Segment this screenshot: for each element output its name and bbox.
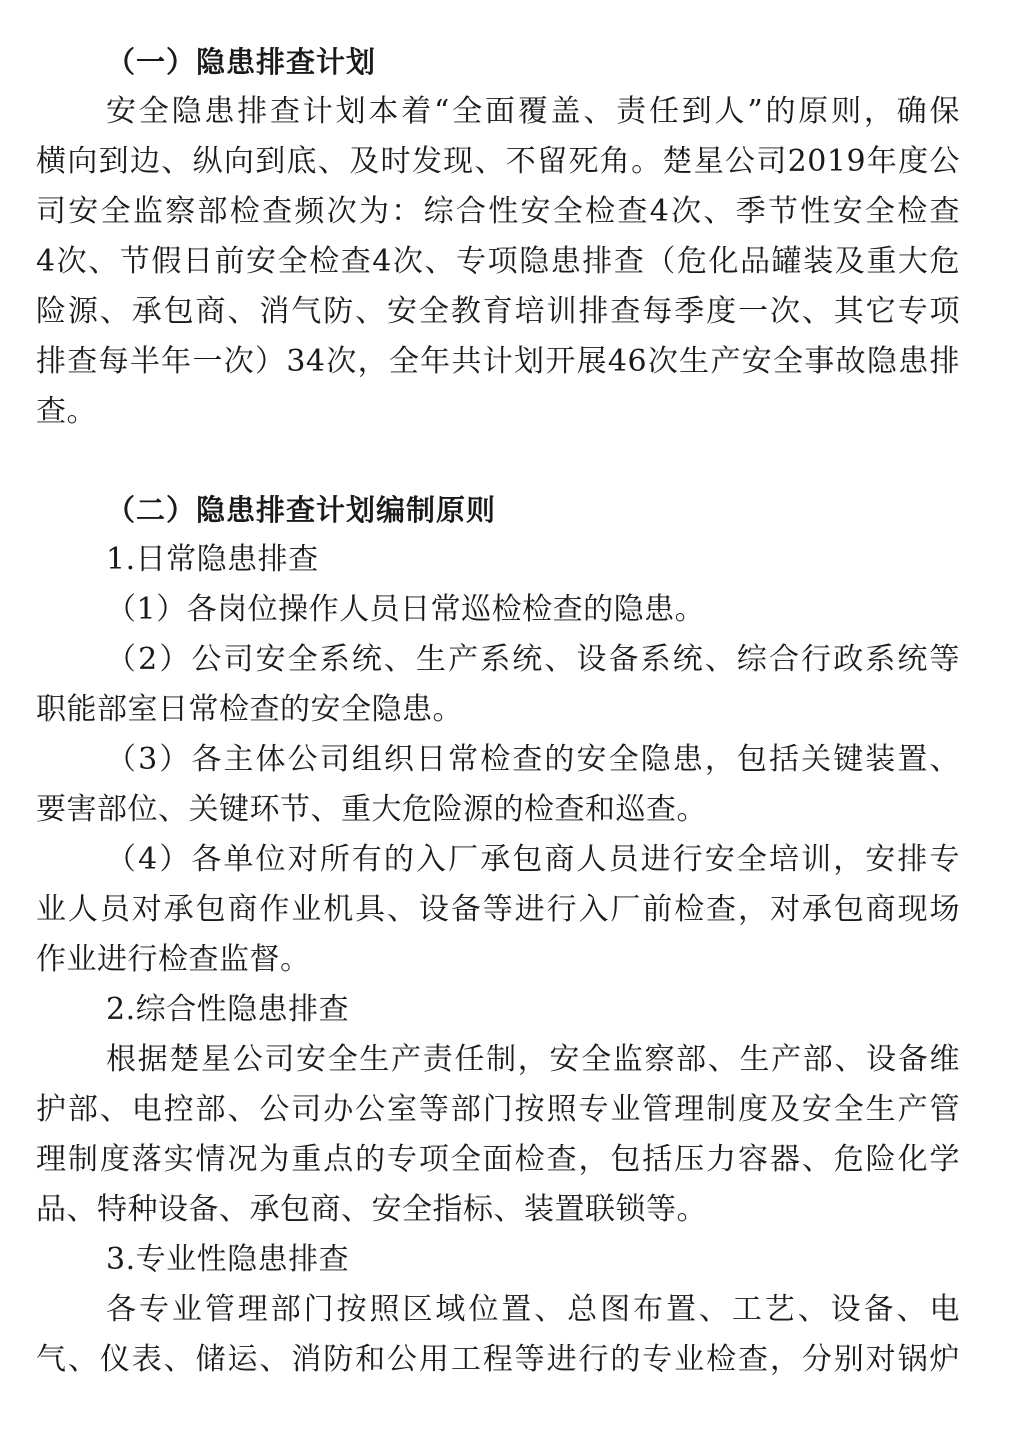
list-item-4: （4）各单位对所有的入厂承包商人员进行安全培训，安排专 bbox=[106, 840, 960, 880]
paragraph-line: 安全隐患排查计划本着“全面覆盖、责任到人”的原则，确保 bbox=[106, 92, 960, 132]
subsection-title-3: 3.专业性隐患排查 bbox=[106, 1240, 349, 1280]
paragraph-line: 各专业管理部门按照区域位置、总图布置、工艺、设备、电 bbox=[106, 1290, 960, 1330]
subsection-title-1: 1.日常隐患排查 bbox=[106, 540, 319, 580]
list-item-3: （3）各主体公司组织日常检查的安全隐患，包括关键装置、 bbox=[106, 740, 960, 780]
paragraph-line: 险源、承包商、消气防、安全教育培训排查每季度一次、其它专项 bbox=[36, 292, 960, 332]
paragraph-line: 气、仪表、储运、消防和公用工程等进行的专业检查，分别对锅炉 bbox=[36, 1340, 960, 1380]
paragraph-line: 品、特种设备、承包商、安全指标、装置联锁等。 bbox=[36, 1190, 707, 1230]
list-item-3-cont: 要害部位、关键环节、重大危险源的检查和巡查。 bbox=[36, 790, 707, 830]
section-heading-2: （二）隐患排查计划编制原则 bbox=[106, 490, 496, 530]
list-item-2-cont: 职能部室日常检查的安全隐患。 bbox=[36, 690, 463, 730]
paragraph-line: 查。 bbox=[36, 392, 97, 432]
subsection-title-2: 2.综合性隐患排查 bbox=[106, 990, 349, 1030]
paragraph-line: 司安全监察部检查频次为：综合性安全检查4次、季节性安全检查 bbox=[36, 192, 960, 232]
paragraph-line: 理制度落实情况为重点的专项全面检查，包括压力容器、危险化学 bbox=[36, 1140, 960, 1180]
list-item-4-cont: 作业进行检查监督。 bbox=[36, 940, 311, 980]
list-item-1: （1）各岗位操作人员日常巡检检查的隐患。 bbox=[106, 590, 705, 630]
paragraph-line: 护部、电控部、公司办公室等部门按照专业管理制度及安全生产管 bbox=[36, 1090, 960, 1130]
section-heading-1: （一）隐患排查计划 bbox=[106, 42, 376, 82]
paragraph-line: 根据楚星公司安全生产责任制，安全监察部、生产部、设备维 bbox=[106, 1040, 960, 1080]
list-item-2: （2）公司安全系统、生产系统、设备系统、综合行政系统等 bbox=[106, 640, 960, 680]
paragraph-line: 4次、节假日前安全检查4次、专项隐患排查（危化品罐装及重大危 bbox=[36, 242, 960, 282]
list-item-4-cont: 业人员对承包商作业机具、设备等进行入厂前检查，对承包商现场 bbox=[36, 890, 960, 930]
paragraph-line: 横向到边、纵向到底、及时发现、不留死角。楚星公司2019年度公 bbox=[36, 142, 960, 182]
paragraph-line: 排查每半年一次）34次，全年共计划开展46次生产安全事故隐患排 bbox=[36, 342, 960, 382]
